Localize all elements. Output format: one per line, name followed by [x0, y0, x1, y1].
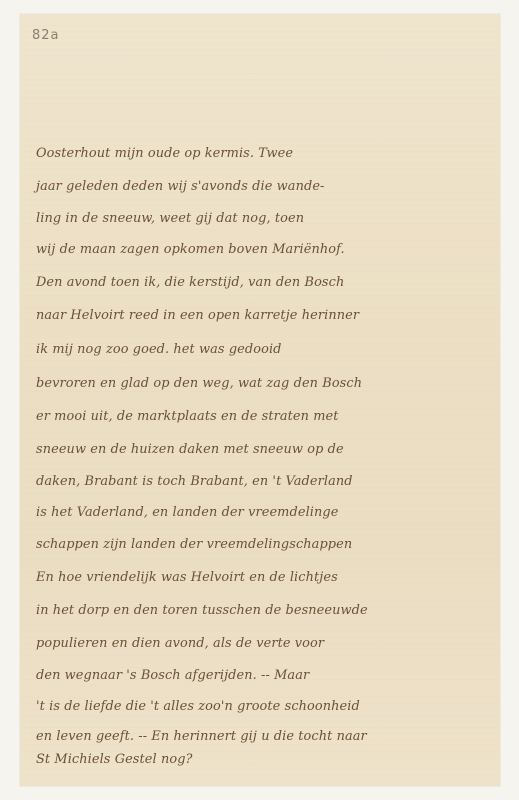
text-line: sneeuw en de huizen daken met sneeuw op … — [36, 442, 484, 457]
text-line: schappen zijn landen der vreemdelingscha… — [36, 537, 484, 552]
text-line: St Michiels Gestel nog? — [36, 752, 484, 767]
text-line: daken, Brabant is toch Brabant, en 't Va… — [36, 474, 484, 489]
text-line: er mooi uit, de marktplaats en de strate… — [36, 409, 484, 424]
text-line: Oosterhout mijn oude op kermis. Twee — [36, 146, 484, 161]
text-line: En hoe vriendelijk was Helvoirt en de li… — [36, 570, 484, 585]
text-line: en leven geeft. -- En herinnert gij u di… — [36, 729, 484, 744]
text-line: naar Helvoirt reed in een open karretje … — [36, 308, 484, 323]
text-line: ling in de sneeuw, weet gij dat nog, toe… — [36, 211, 484, 226]
text-line: ik mij nog zoo goed. het was gedooid — [36, 342, 484, 357]
text-line: in het dorp en den toren tusschen de bes… — [36, 603, 484, 618]
manuscript-page: 82a Oosterhout mijn oude op kermis. Twee… — [20, 14, 500, 786]
text-line: jaar geleden deden wij s'avonds die wand… — [36, 179, 484, 194]
text-line: den wegnaar 's Bosch afgerijden. -- Maar — [36, 668, 484, 683]
text-line: is het Vaderland, en landen der vreemdel… — [36, 505, 484, 520]
folio-number: 82a — [32, 28, 60, 43]
text-line: wij de maan zagen opkomen boven Mariënho… — [36, 242, 484, 257]
text-line: 't is de liefde die 't alles zoo'n groot… — [36, 699, 484, 714]
text-line: Den avond toen ik, die kerstijd, van den… — [36, 275, 484, 290]
text-line: bevroren en glad op den weg, wat zag den… — [36, 376, 484, 391]
text-line: populieren en dien avond, als de verte v… — [36, 636, 484, 651]
